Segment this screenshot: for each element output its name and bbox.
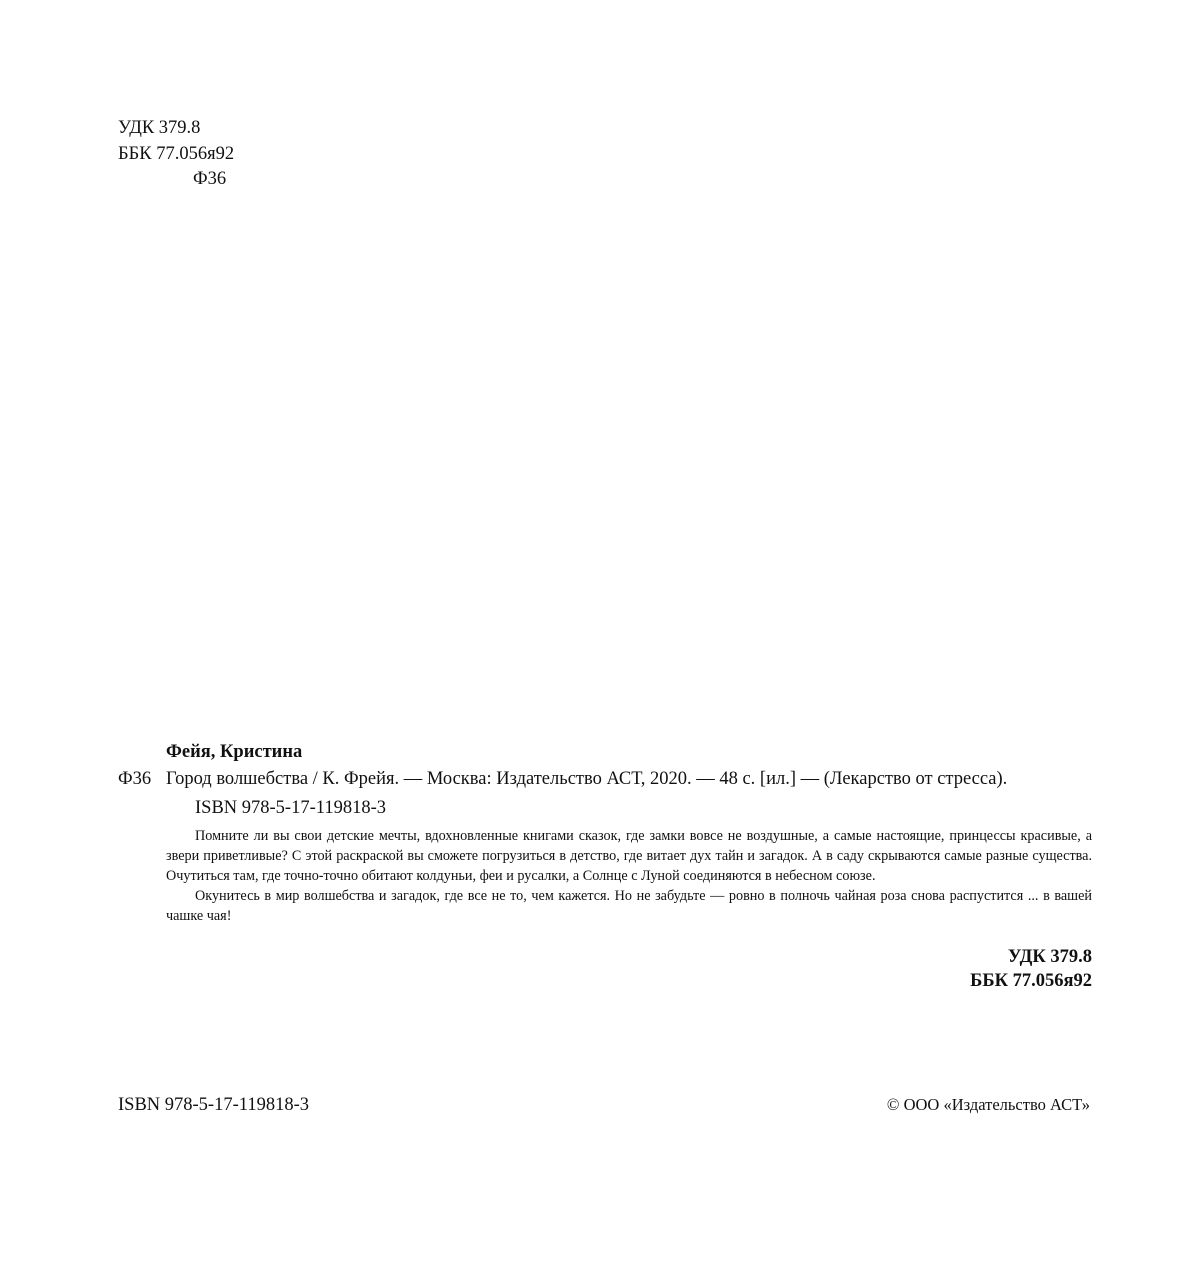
annotation-paragraph: Окунитесь в мир волшебства и загадок, гд… (166, 886, 1092, 926)
annotation: Помните ли вы свои детские мечты, вдохно… (166, 826, 1092, 926)
catalog-isbn: ISBN 978-5-17-119818-3 (195, 795, 386, 821)
bbk-code-catalog: ББК 77.056я92 (970, 968, 1092, 994)
footer-isbn: ISBN 978-5-17-119818-3 (118, 1092, 309, 1118)
bibliographic-entry: Город волшебства / К. Фрейя. — Москва: И… (166, 766, 1007, 792)
bbk-code-top: ББК 77.056я92 (118, 141, 234, 167)
annotation-paragraph: Помните ли вы свои детские мечты, вдохно… (166, 826, 1092, 886)
catalog-author-sign: Ф36 (118, 766, 151, 792)
copyright-notice: © ООО «Издательство АСТ» (887, 1094, 1090, 1116)
udk-code-catalog: УДК 379.8 (1008, 944, 1092, 970)
udk-code-top: УДК 379.8 (118, 115, 200, 141)
author-sign-top: Ф36 (193, 166, 226, 192)
catalog-author: Фейя, Кристина (166, 739, 302, 765)
